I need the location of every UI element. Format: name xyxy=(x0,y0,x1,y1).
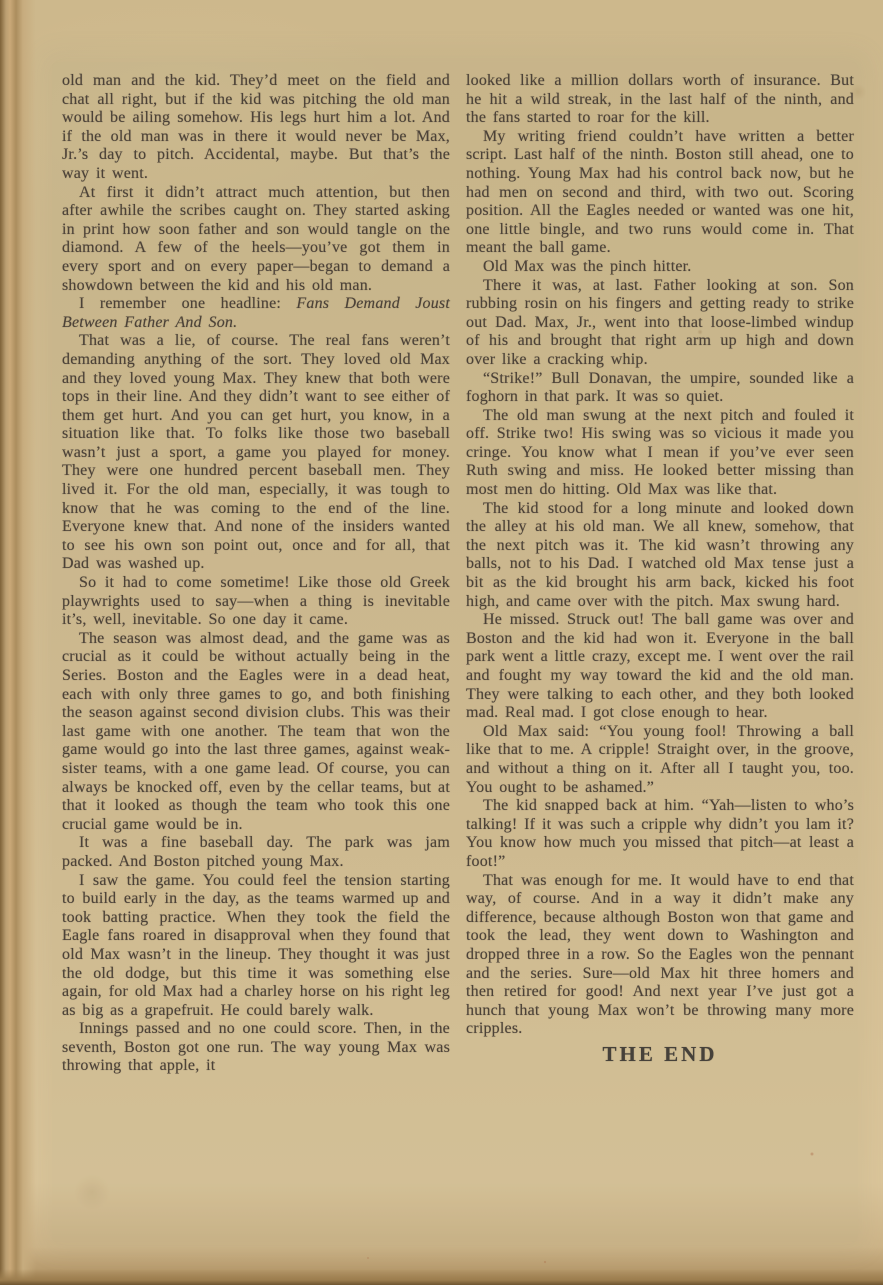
story-paragraph: My writing friend couldn’t have written … xyxy=(466,128,854,258)
story-paragraph: Old Max was the pinch hitter. xyxy=(466,258,854,277)
story-paragraph: It was a fine baseball day. The park was… xyxy=(62,834,450,871)
story-paragraph: That was a lie, of course. The real fans… xyxy=(62,332,450,574)
left-column: old man and the kid. They’d meet on the … xyxy=(62,72,450,1076)
story-paragraph: “Strike!” Bull Donavan, the umpire, soun… xyxy=(466,370,854,407)
right-column: looked like a million dollars worth of i… xyxy=(466,72,854,1076)
story-paragraph: The old man swung at the next pitch and … xyxy=(466,407,854,500)
story-paragraph: Old Max said: “You young fool! Throwing … xyxy=(466,723,854,797)
story-paragraph: The kid stood for a long minute and look… xyxy=(466,500,854,612)
story-paragraph: old man and the kid. They’d meet on the … xyxy=(62,72,450,184)
story-paragraph: The season was almost dead, and the game… xyxy=(62,630,450,835)
story-paragraph: At first it didn’t attract much attentio… xyxy=(62,184,450,296)
story-paragraph: That was enough for me. It would have to… xyxy=(466,872,854,1039)
story-paragraph: looked like a million dollars worth of i… xyxy=(466,72,854,128)
story-text: old man and the kid. They’d meet on the … xyxy=(62,72,854,1076)
the-end-label: THE END xyxy=(466,1042,854,1066)
story-paragraph: The kid snapped back at him. “Yah—listen… xyxy=(466,797,854,871)
page-binding-edge xyxy=(0,0,36,1285)
story-paragraph: There it was, at last. Father looking at… xyxy=(466,277,854,370)
story-paragraph-headline: I remember one headline: Fans Demand Jou… xyxy=(62,295,450,332)
magazine-page: old man and the kid. They’d meet on the … xyxy=(0,0,883,1285)
page-bottom-edge xyxy=(0,1269,883,1285)
story-paragraph: He missed. Struck out! The ball game was… xyxy=(466,611,854,723)
headline-lead: I remember one headline: xyxy=(79,295,296,312)
story-paragraph: So it had to come sometime! Like those o… xyxy=(62,574,450,630)
story-paragraph: I saw the game. You could feel the tensi… xyxy=(62,872,450,1021)
story-paragraph: Innings passed and no one could score. T… xyxy=(62,1020,450,1076)
